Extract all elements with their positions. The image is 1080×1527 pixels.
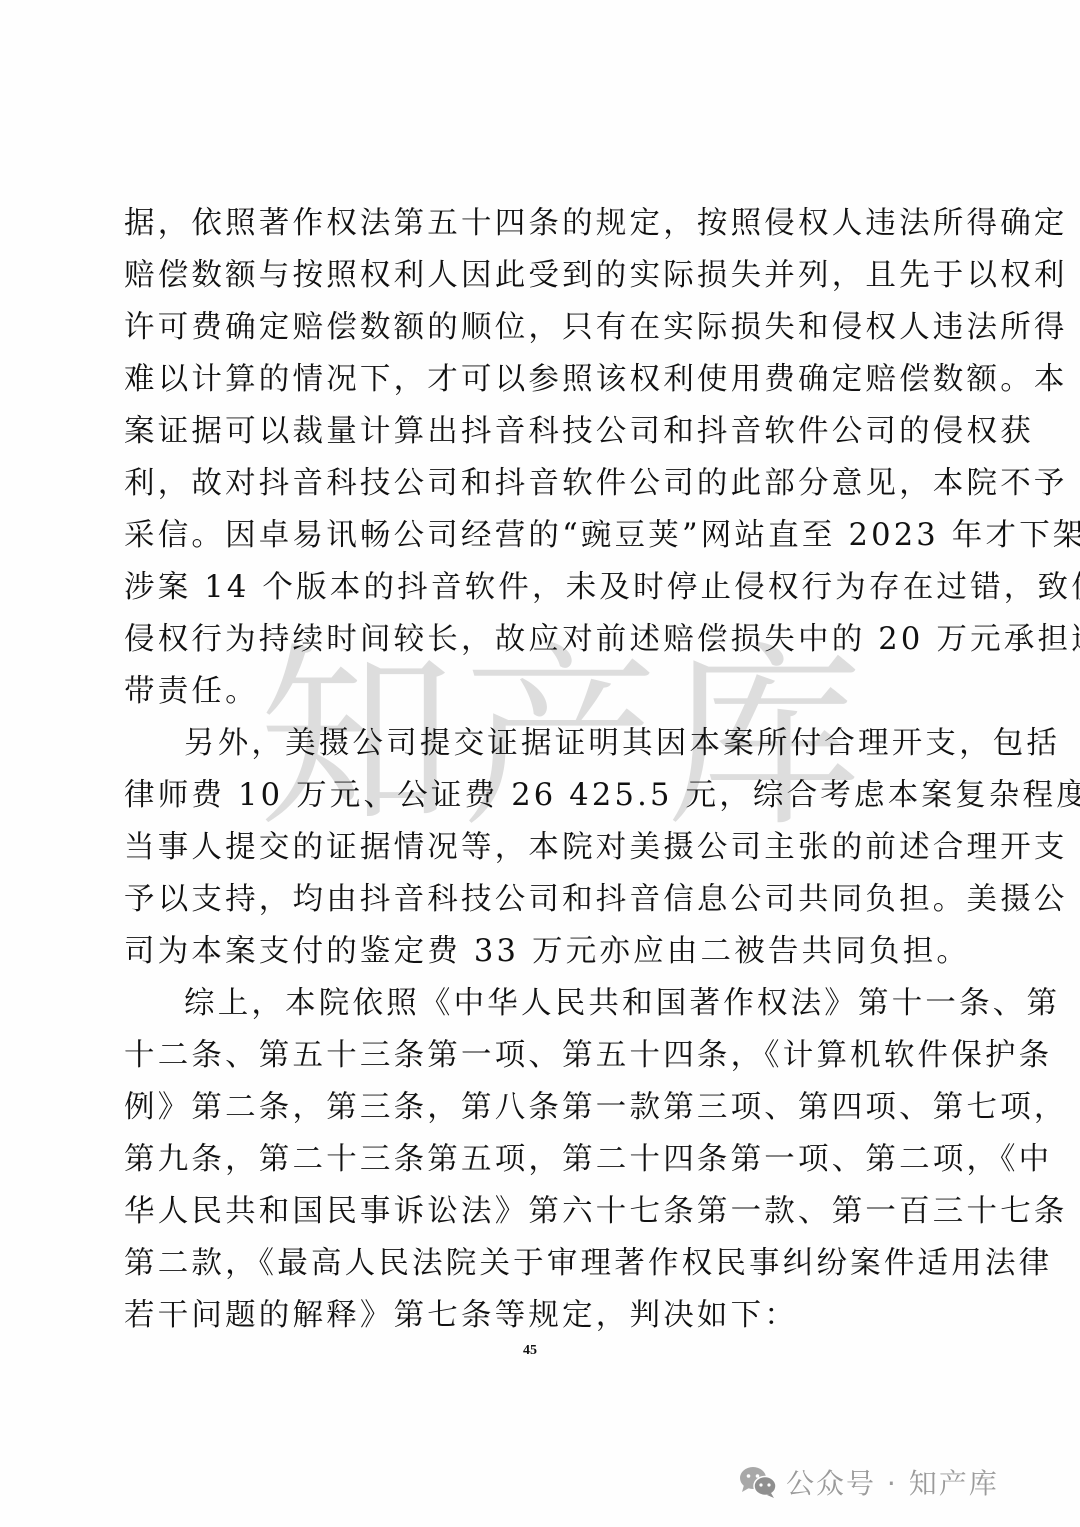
- text-line: 当事人提交的证据情况等，本院对美摄公司主张的前述合理开支: [124, 822, 956, 874]
- text-line: 第二款，《最高人民法院关于审理著作权民事纠纷案件适用法律: [124, 1238, 956, 1290]
- paragraph-start-line: 综上，本院依照《中华人民共和国著作权法》第十一条、第: [184, 978, 956, 1030]
- text-line: 予以支持，均由抖音科技公司和抖音信息公司共同负担。美摄公: [124, 874, 956, 926]
- wechat-icon: [738, 1465, 778, 1499]
- paragraph-start-line: 另外，美摄公司提交证据证明其因本案所付合理开支，包括: [184, 718, 956, 770]
- text-line: 采信。因卓易讯畅公司经营的“豌豆荚”网站直至 2023 年才下架: [124, 510, 956, 562]
- text-line: 据，依照著作权法第五十四条的规定，按照侵权人违法所得确定: [124, 198, 956, 250]
- text-line: 涉案 14 个版本的抖音软件，未及时停止侵权行为存在过错，致使: [124, 562, 956, 614]
- footer-brand: 公众号 · 知产库: [738, 1460, 999, 1504]
- page-number: 45: [523, 1343, 537, 1359]
- text-line: 赔偿数额与按照权利人因此受到的实际损失并列，且先于以权利: [124, 250, 956, 302]
- text-line: 司为本案支付的鉴定费 33 万元亦应由二被告共同负担。: [124, 926, 956, 978]
- text-line: 利，故对抖音科技公司和抖音软件公司的此部分意见，本院不予: [124, 458, 956, 510]
- text-line: 侵权行为持续时间较长，故应对前述赔偿损失中的 20 万元承担连: [124, 614, 956, 666]
- text-line: 若干问题的解释》第七条等规定，判决如下：: [124, 1290, 956, 1342]
- text-line: 许可费确定赔偿数额的顺位，只有在实际损失和侵权人违法所得: [124, 302, 956, 354]
- text-line: 十二条、第五十三条第一项、第五十四条，《计算机软件保护条: [124, 1030, 956, 1082]
- document-page: 知产库 据，依照著作权法第五十四条的规定，按照侵权人违法所得确定 赔偿数额与按照…: [0, 0, 1080, 1527]
- text-line: 华人民共和国民事诉讼法》第六十七条第一款、第一百三十七条: [124, 1186, 956, 1238]
- text-line: 律师费 10 万元、公证费 26 425.5 元，综合考虑本案复杂程度、: [124, 770, 956, 822]
- text-line: 案证据可以裁量计算出抖音科技公司和抖音软件公司的侵权获: [124, 406, 956, 458]
- text-line: 带责任。: [124, 666, 956, 718]
- footer-label: 公众号 · 知产库: [786, 1462, 999, 1502]
- text-line: 例》第二条，第三条，第八条第一款第三项、第四项、第七项，: [124, 1082, 956, 1134]
- text-line: 第九条，第二十三条第五项，第二十四条第一项、第二项，《中: [124, 1134, 956, 1186]
- text-line: 难以计算的情况下，才可以参照该权利使用费确定赔偿数额。本: [124, 354, 956, 406]
